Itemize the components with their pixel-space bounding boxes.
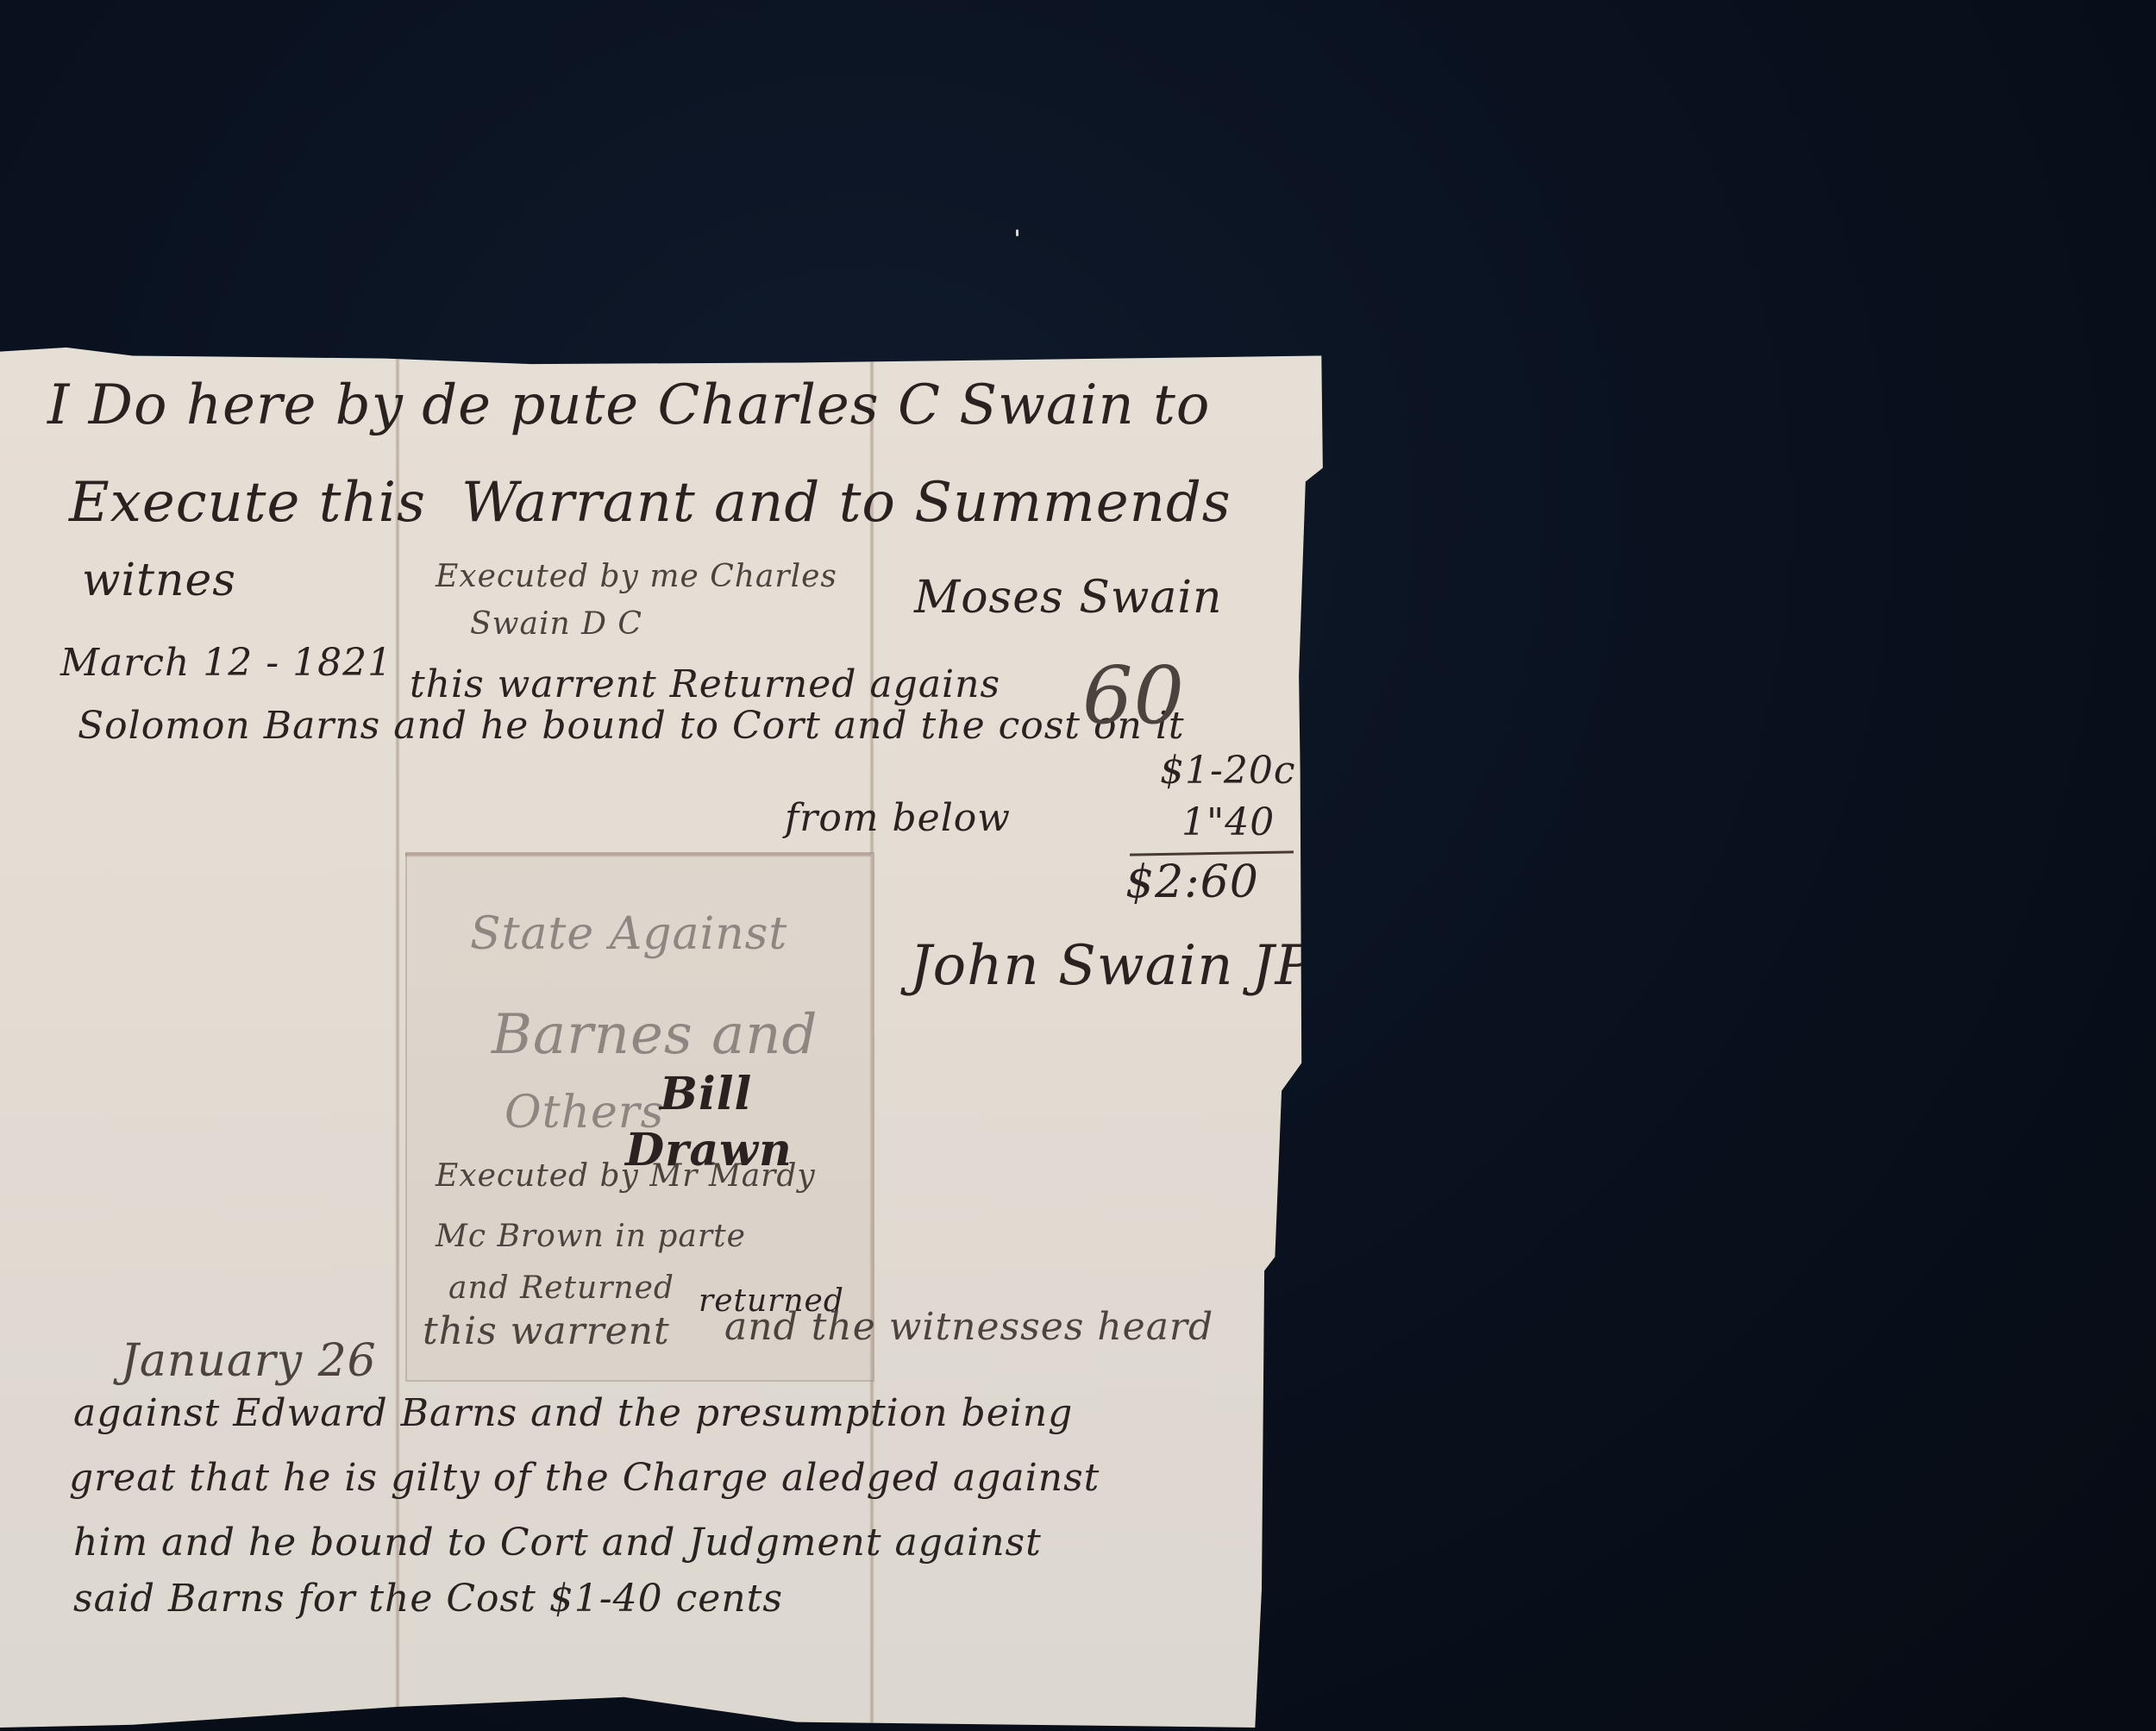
return-january-line-5: said Barns for the Cost $1-40 cents (73, 1577, 783, 1621)
return-date-1821: March 12 - 1821 (60, 641, 392, 685)
witness-name: Moses Swain (914, 572, 1222, 624)
deputation-line-1: I Do here by de pute Charles C Swain to (47, 373, 1210, 437)
docket-executed-line-1: Executed by Mr Mardy (436, 1158, 816, 1194)
witness-label: witnes (82, 555, 236, 606)
cost-total: $2:60 (1125, 856, 1259, 908)
deputation-line-2-left: Execute this (69, 471, 426, 535)
from-below-label: from below (785, 796, 1011, 840)
return-january-line-1-right: and the witnesses heard (724, 1305, 1213, 1349)
sum-rule (1130, 850, 1294, 856)
cost-item-2: 1"40 (1181, 800, 1275, 844)
bill-stamp-line-1: Bill (660, 1068, 752, 1120)
execution-note-line-2: Swain D C (470, 606, 642, 642)
return-1821-line-2: Solomon Barns and he bound to Cort and t… (78, 704, 1185, 748)
return-january-line-4: him and he bound to Cort and Judgment ag… (73, 1521, 1042, 1565)
return-january-line-1-left: this warrent (423, 1309, 670, 1353)
docket-executed-line-3: and Returned (448, 1270, 674, 1306)
return-january-line-3: great that he is gilty of the Charge ale… (69, 1456, 1100, 1500)
docket-executed-line-2: Mc Brown in parte (436, 1219, 746, 1254)
return-date-january: January 26 (121, 1335, 377, 1387)
document-viewer: I Do here by de pute Charles C Swain to … (0, 0, 2156, 1731)
execution-note-line-1: Executed by me Charles (436, 559, 837, 594)
warrant-document: I Do here by de pute Charles C Swain to … (0, 343, 1328, 1728)
margin-number: 60 (1082, 649, 1185, 742)
docket-line-1: State Against (470, 908, 787, 960)
cost-item-1: $1-20c (1160, 749, 1296, 793)
docket-line-2: Barnes and (492, 1003, 818, 1067)
return-1821-line-1: this warrent Returned agains (410, 662, 1000, 706)
justice-signature: John Swain JP (910, 934, 1313, 998)
dust-speck (1016, 229, 1018, 236)
return-january-line-2: against Edward Barns and the presumption… (73, 1391, 1073, 1435)
deputation-line-2-right: Warrant and to Summends (461, 471, 1232, 535)
